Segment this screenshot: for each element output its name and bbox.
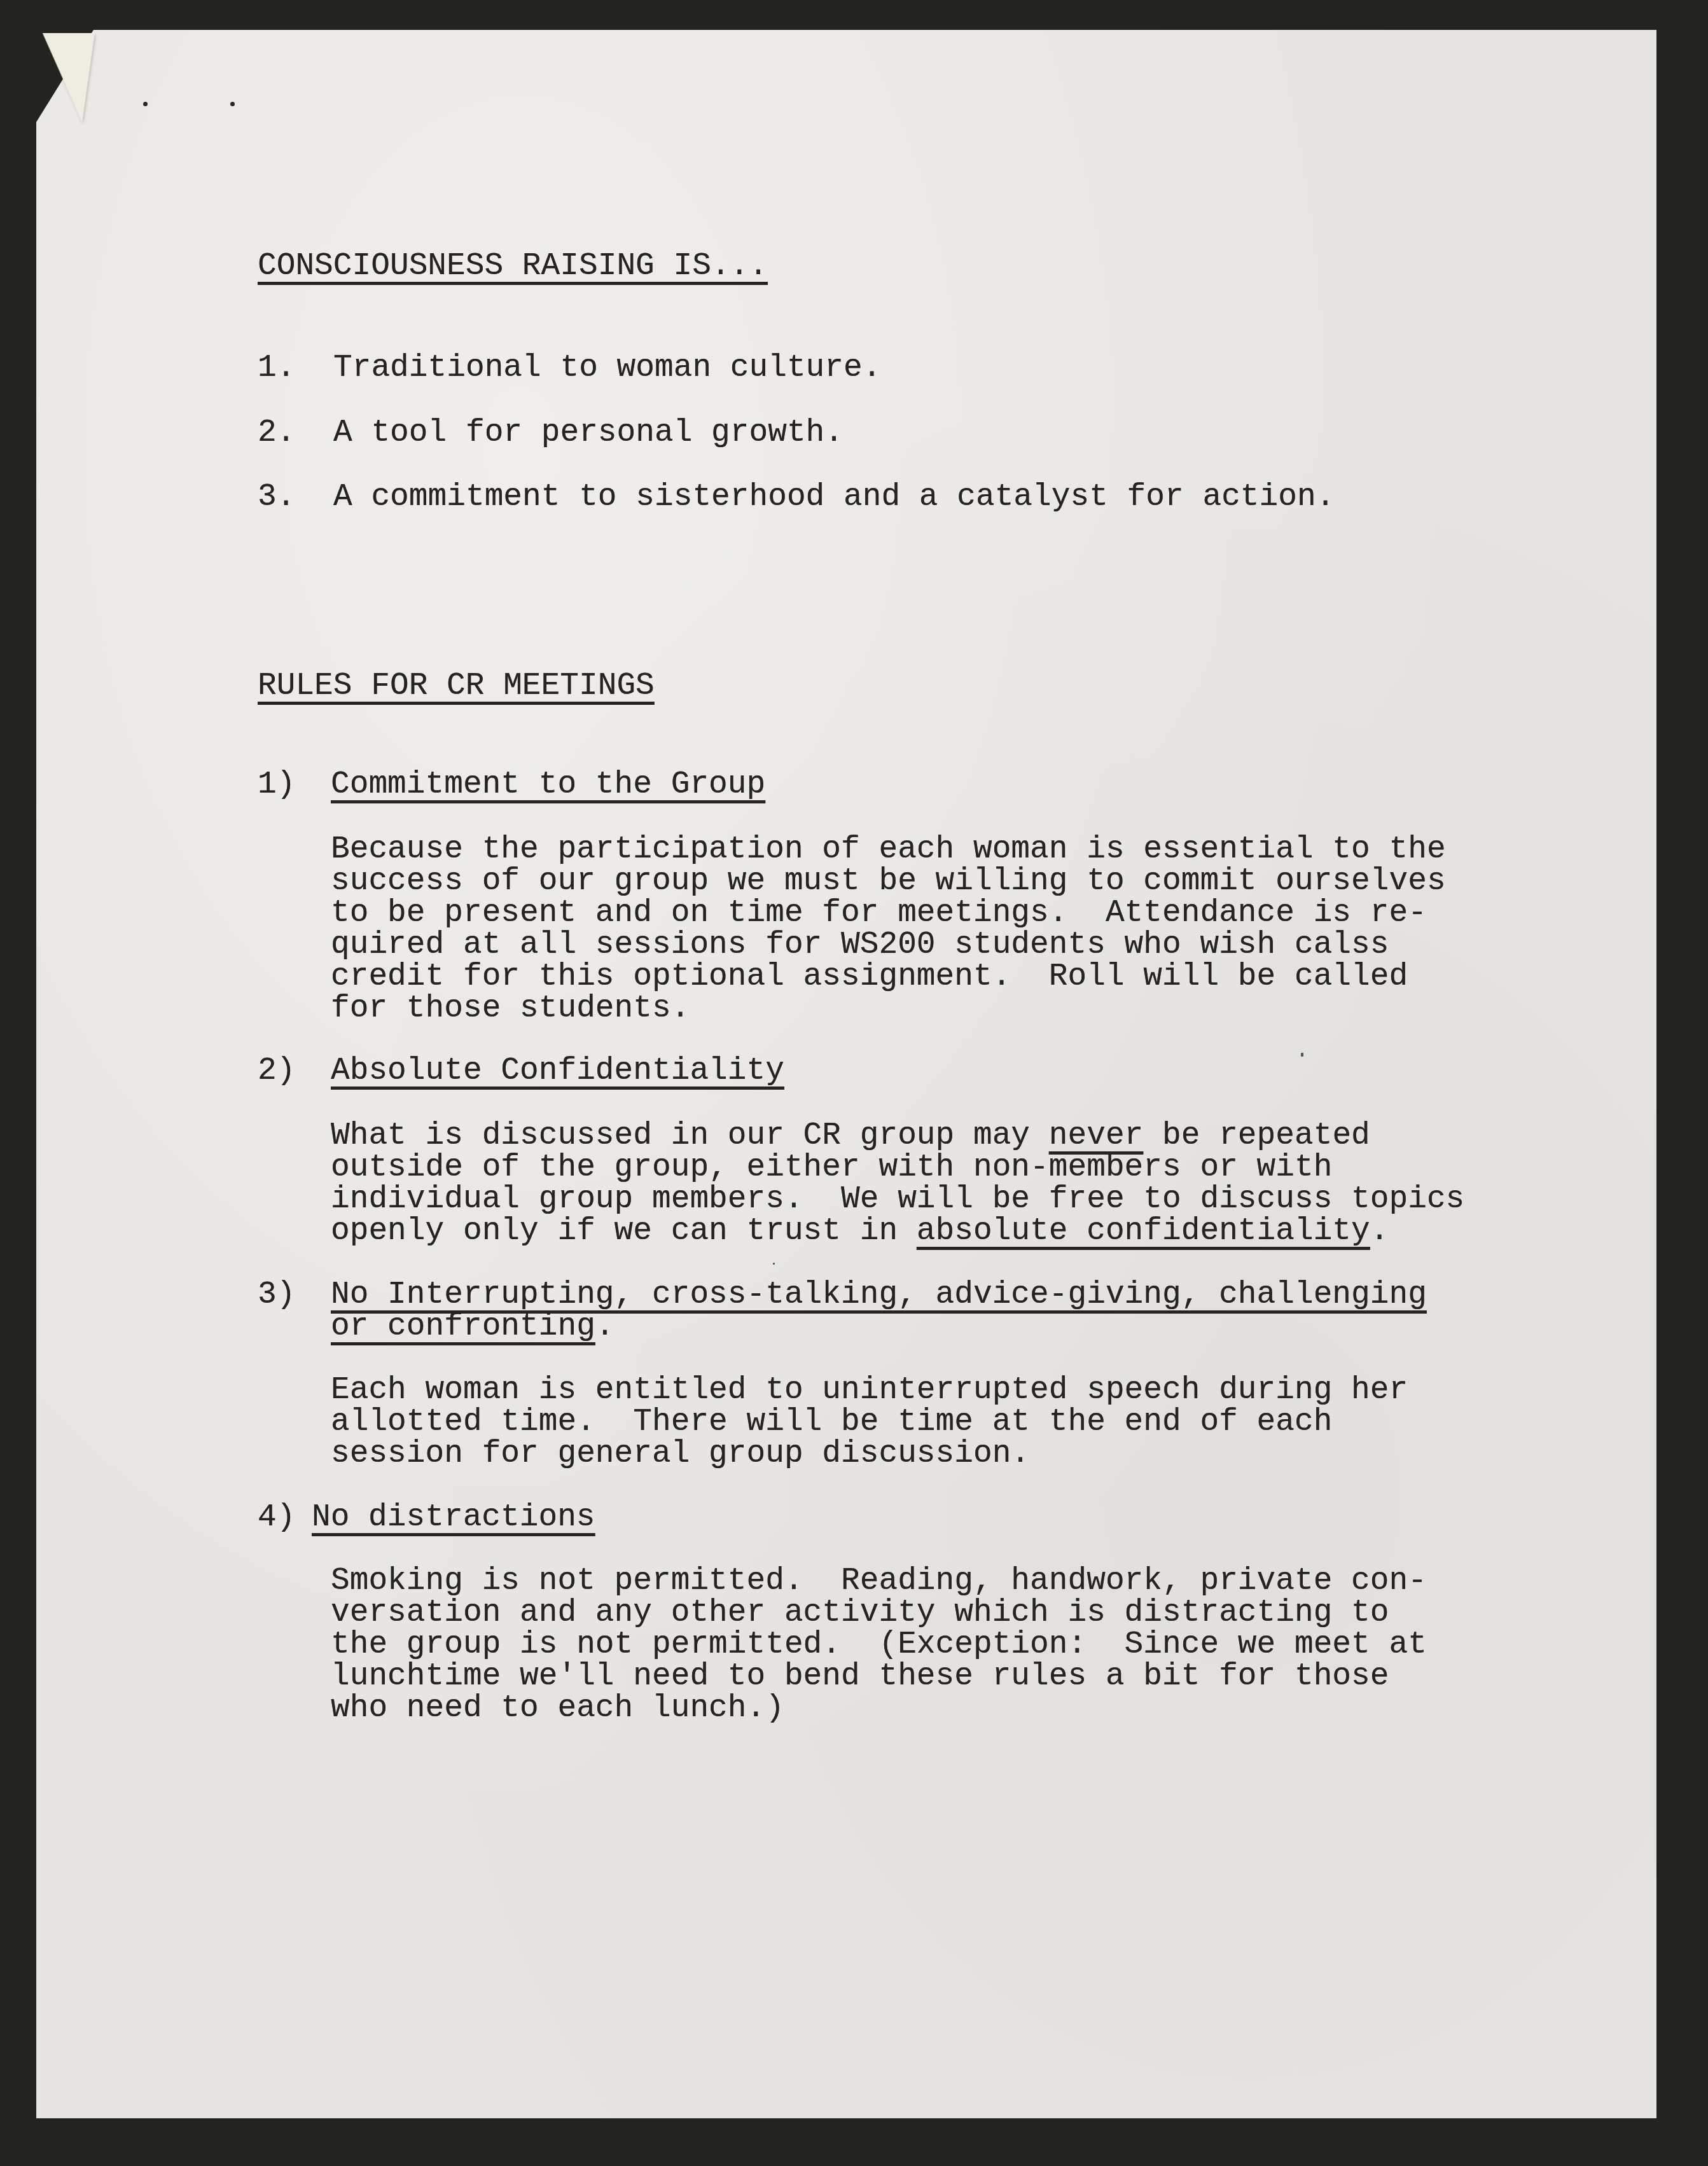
- body-line: individual group members. We will be fre…: [331, 1183, 1464, 1215]
- body-line: Because the participation of each woman …: [331, 833, 1446, 865]
- body-line: to be present and on time for meetings. …: [331, 897, 1446, 929]
- text-run: be repeated: [1143, 1118, 1370, 1153]
- list-item-text: A commitment to sisterhood and a catalys…: [333, 481, 1335, 513]
- list-item-number: 1.: [258, 352, 295, 384]
- section-heading-rules: RULES FOR CR MEETINGS: [258, 670, 655, 702]
- body-line: What is discussed in our CR group may ne…: [331, 1120, 1464, 1151]
- text-run: What is discussed in our CR group may: [331, 1118, 1049, 1153]
- stray-mark: [1301, 1053, 1303, 1057]
- list-item-text: A tool for personal growth.: [333, 417, 844, 448]
- staple-hole-left: [143, 102, 148, 106]
- section-heading-consciousness-raising: CONSCIOUSNESS RAISING IS...: [258, 250, 768, 282]
- text-run: or confronting: [331, 1309, 595, 1344]
- body-line: allotted time. There will be time at the…: [331, 1406, 1408, 1438]
- rule-title-confidentiality: Absolute Confidentiality: [331, 1055, 784, 1086]
- rule-title-no-interrupting-cont: or confronting.: [331, 1310, 614, 1342]
- emphasis-never: never: [1049, 1118, 1144, 1153]
- emphasis-absolute-confidentiality: absolute confidentiality: [917, 1213, 1370, 1249]
- rule-body-no-distractions: Smoking is not permitted. Reading, handw…: [331, 1565, 1427, 1724]
- rule-number: 3): [258, 1279, 295, 1310]
- body-line: lunchtime we'll need to bend these rules…: [331, 1660, 1427, 1692]
- rule-body-confidentiality: What is discussed in our CR group may ne…: [331, 1120, 1464, 1247]
- body-line: who need to each lunch.): [331, 1692, 1427, 1724]
- body-line: credit for this optional assignment. Rol…: [331, 961, 1446, 992]
- body-line: Each woman is entitled to uninterrupted …: [331, 1374, 1408, 1406]
- text-run: openly only if we can trust in: [331, 1213, 917, 1249]
- rule-number: 1): [258, 768, 295, 800]
- list-item-text: Traditional to woman culture.: [333, 352, 881, 384]
- rule-body-no-interrupting: Each woman is entitled to uninterrupted …: [331, 1374, 1408, 1469]
- body-line: Smoking is not permitted. Reading, handw…: [331, 1565, 1427, 1597]
- stray-mark: [773, 1263, 775, 1265]
- rule-number: 4): [258, 1501, 295, 1533]
- rule-number: 2): [258, 1055, 295, 1086]
- body-line: success of our group we must be willing …: [331, 865, 1446, 897]
- rule-title-no-distractions: No distractions: [312, 1501, 595, 1533]
- body-line: outside of the group, either with non-me…: [331, 1151, 1464, 1183]
- body-line: versation and any other activity which i…: [331, 1597, 1427, 1628]
- list-item-number: 3.: [258, 481, 295, 513]
- body-line: the group is not permitted. (Exception: …: [331, 1628, 1427, 1660]
- rule-title-no-interrupting: No Interrupting, cross-talking, advice-g…: [331, 1279, 1427, 1310]
- body-line: session for general group discussion.: [331, 1438, 1408, 1469]
- body-line: openly only if we can trust in absolute …: [331, 1215, 1464, 1247]
- text-run: .: [1370, 1213, 1389, 1249]
- staple-hole-right: [230, 102, 235, 106]
- body-line: quired at all sessions for WS200 student…: [331, 929, 1446, 961]
- rule-title-commitment: Commitment to the Group: [331, 768, 765, 800]
- rule-body-commitment: Because the participation of each woman …: [331, 833, 1446, 1024]
- body-line: for those students.: [331, 992, 1446, 1024]
- text-run: .: [595, 1309, 614, 1344]
- list-item-number: 2.: [258, 417, 295, 448]
